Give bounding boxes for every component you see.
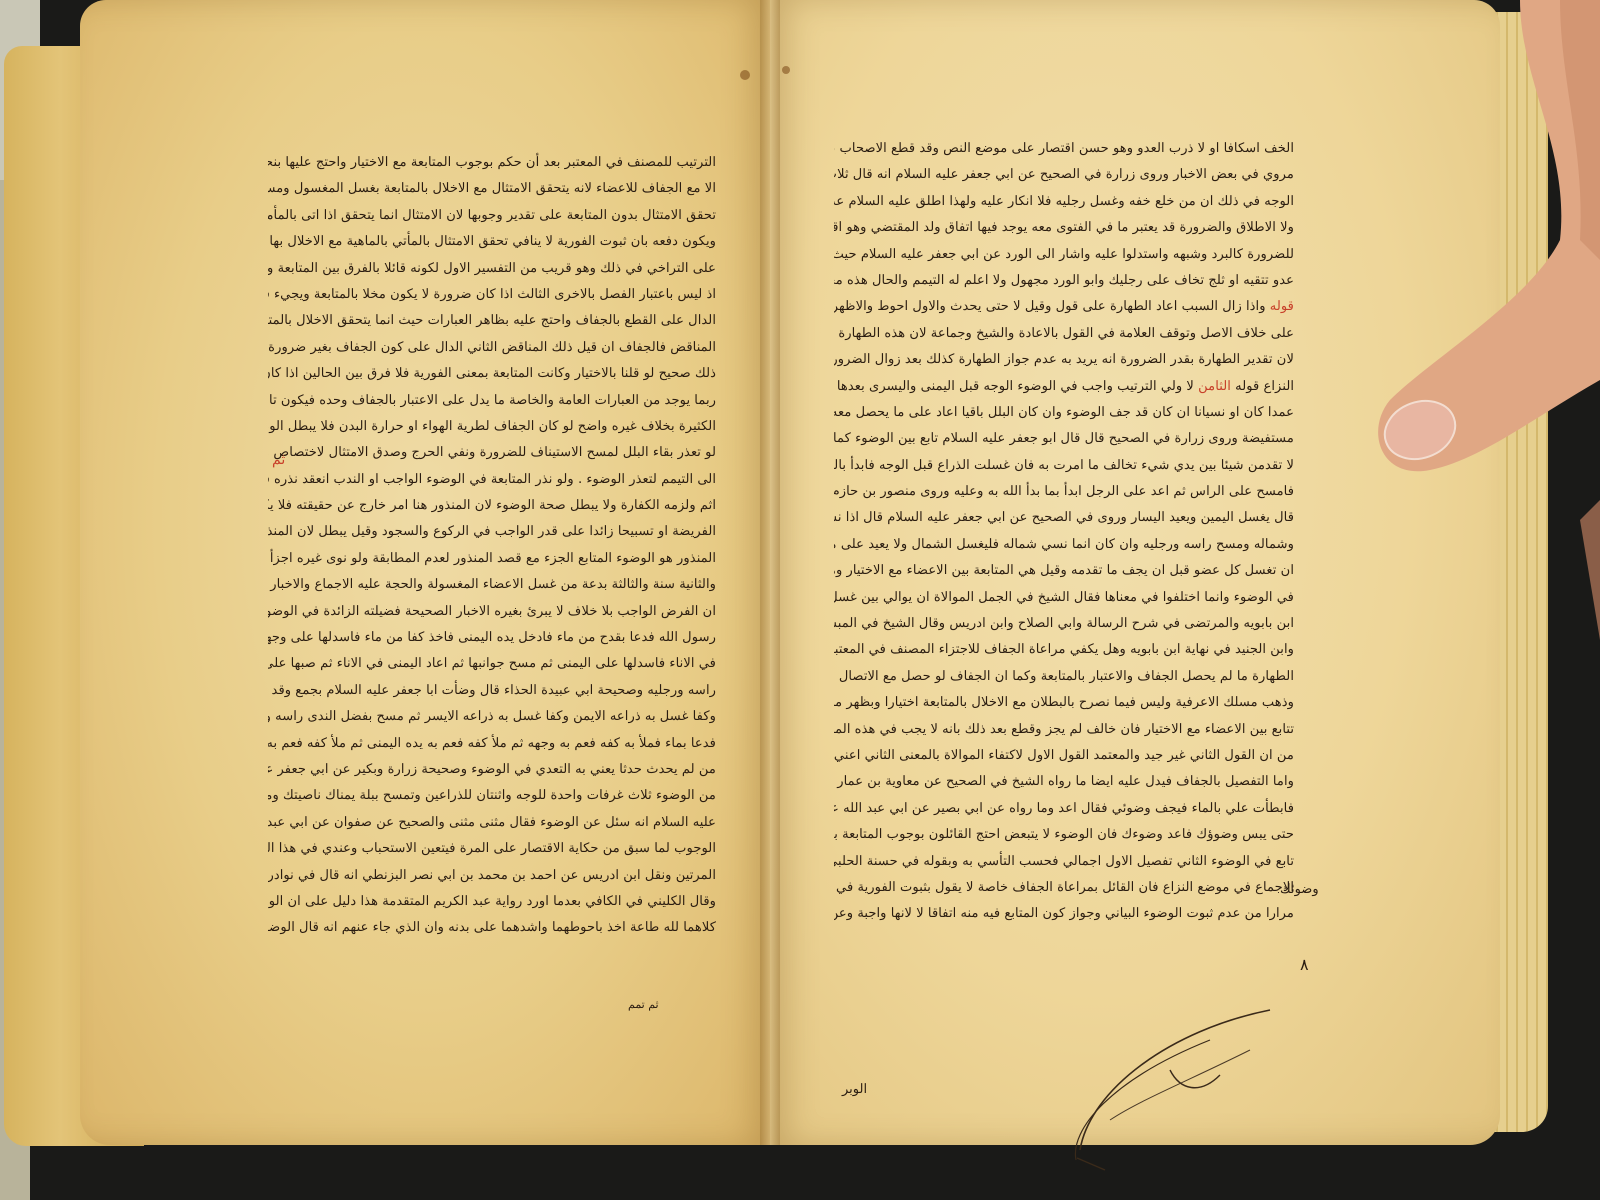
right-page-bottom-note: الوبر	[842, 1082, 867, 1097]
manuscript-line: ان تغسل كل عضو قبل ان يجف ما تقدمه وقيل …	[834, 558, 1294, 584]
manuscript-line: اذ ليس باعتبار الفصل بالاخرى الثالث اذا …	[268, 282, 716, 308]
manuscript-line: الفريضة او تسبيحا زائدا على قدر الواجب ف…	[268, 519, 716, 545]
manuscript-line: كلاهما لله طاعة اخذ باحوطهما واشدهما على…	[268, 915, 716, 941]
manuscript-line: مرارا من عدم ثبوت الوضوء البياني وجواز ك…	[834, 901, 1294, 927]
manuscript-line: راسه ورجليه وصحيحة ابي عبيدة الحذاء قال …	[268, 678, 716, 704]
ink-stain	[740, 70, 750, 80]
manuscript-line: ولا الاطلاق والضرورة قد يعتبر ما في الفت…	[834, 215, 1294, 241]
manuscript-line: لو تعذر بقاء البلل لمسح الاستيناف للضرور…	[268, 440, 716, 466]
manuscript-line: الاجماع في موضع النزاع فان القائل بمراعا…	[834, 875, 1294, 901]
manuscript-line: لا تقدمن شيئا بين يدي شيء تخالف ما امرت …	[834, 453, 1294, 479]
manuscript-line: الطهارة ما لم يحصل الجفاف والاعتبار بالم…	[834, 664, 1294, 690]
manuscript-line: ويكون دفعه بان ثبوت الفورية لا ينافي تحق…	[268, 229, 716, 255]
hand-thumb	[1370, 0, 1600, 640]
left-page-bottom-note: ثم تمم	[628, 998, 659, 1011]
manuscript-line: في الوضوء وانما اختلفوا في معناها فقال ا…	[834, 585, 1294, 611]
rubric-heading: قوله	[1270, 299, 1294, 314]
manuscript-line: المرتين ونقل ابن ادريس عن احمد بن محمد ب…	[268, 863, 716, 889]
left-page-text: الترتيب للمصنف في المعتبر بعد أن حكم بوج…	[268, 150, 716, 942]
manuscript-line: والثانية سنة والثالثة بدعة من غسل الاعضا…	[268, 572, 716, 598]
ink-stain	[782, 66, 790, 74]
manuscript-line: فدعا بماء فملأ به كفه فعم به وجهه ثم ملأ…	[268, 731, 716, 757]
manuscript-line: الا مع الجفاف للاعضاء لانه يتحقق الامتثا…	[268, 176, 716, 202]
manuscript-line: وابن الجنيد في نهاية ابن بابويه وهل يكفي…	[834, 637, 1294, 663]
manuscript-line: المناقض فالجفاف ان قيل ذلك المناقض الثان…	[268, 335, 716, 361]
manuscript-line: من الوضوء ثلاث غرفات واحدة للوجه واثنتان…	[268, 783, 716, 809]
manuscript-line: من لم يحدث حدثا يعني به التعدي في الوضوء…	[268, 757, 716, 783]
right-page-margin-symbol: ٨	[1300, 955, 1309, 974]
manuscript-line: عدو تتقيه او ثلج تخاف على رجليك وابو الو…	[834, 268, 1294, 294]
manuscript-line: عمدا كان او نسيانا ان كان قد جف الوضوء و…	[834, 400, 1294, 426]
manuscript-line: وذهب مسلك الاعرفية وليس فيما نصرح بالبطل…	[834, 690, 1294, 716]
manuscript-line: تتابع بين الاعضاء مع الاختيار فان خالف ل…	[834, 717, 1294, 743]
manuscript-line: الوجه في ذلك ان من خلع خفه وغسل رجليه فل…	[834, 189, 1294, 215]
ink-scribble	[1050, 1000, 1350, 1200]
manuscript-line: رسول الله فدعا بقدح من ماء فادخل يده الي…	[268, 625, 716, 651]
manuscript-line: على التراخي في ذلك وهو قريب من التفسير ا…	[268, 256, 716, 282]
manuscript-line: عليه السلام انه سئل عن الوضوء فقال مثنى …	[268, 810, 716, 836]
manuscript-line: النزاع قوله الثامن لا ولي الترتيب واجب ف…	[834, 374, 1294, 400]
left-rubric-margin-marker: ثم	[272, 452, 285, 468]
manuscript-line: تحقق الامتثال بدون المتابعة على تقدير وج…	[268, 203, 716, 229]
manuscript-line: مستفيضة وروى زرارة في الصحيح قال قال ابو…	[834, 426, 1294, 452]
manuscript-line: الخف اسكافا او لا ذرب العدو وهو حسن اقتص…	[834, 136, 1294, 162]
manuscript-line: على خلاف الاصل وتوقف العلامة في القول با…	[834, 321, 1294, 347]
manuscript-line: قوله واذا زال السبب اعاد الطهارة على قول…	[834, 294, 1294, 320]
manuscript-line: حتى يبس وضوؤك فاعد وضوءك فان الوضوء لا ي…	[834, 822, 1294, 848]
manuscript-line: مروي في بعض الاخبار وروى زرارة في الصحيح…	[834, 162, 1294, 188]
manuscript-line: الكثيرة بخلاف غيره واضح لو كان الجفاف لط…	[268, 414, 716, 440]
rubric-heading: الثامن	[1198, 379, 1231, 394]
manuscript-line: الترتيب للمصنف في المعتبر بعد أن حكم بوج…	[268, 150, 716, 176]
manuscript-line: ربما يوجد من العبارات العامة والخاصة ما …	[268, 388, 716, 414]
manuscript-line: ابن بابويه والمرتضى في شرح الرسالة وابي …	[834, 611, 1294, 637]
manuscript-line: المنذور هو الوضوء المتابع الجزء مع قصد ا…	[268, 546, 716, 572]
manuscript-line: للضرورة كالبرد وشبهه واستدلوا عليه واشار…	[834, 242, 1294, 268]
manuscript-line: الى التيمم لتعذر الوضوء . ولو نذر المتاب…	[268, 467, 716, 493]
manuscript-line: وكفا غسل به ذراعه الايمن وكفا غسل به ذرا…	[268, 704, 716, 730]
manuscript-line: في الاناء فاسدلها على اليمنى ثم مسح جوان…	[268, 651, 716, 677]
right-page-margin-note: وضوئك	[1280, 882, 1319, 897]
manuscript-line: تابع في الوضوء الثاني تفصيل الاول اجمالي…	[834, 849, 1294, 875]
right-page-text: الخف اسكافا او لا ذرب العدو وهو حسن اقتص…	[834, 136, 1294, 928]
manuscript-line: الوجوب لما سبق من حكاية الاقتصار على الم…	[268, 836, 716, 862]
manuscript-line: وقال الكليني في الكافي بعدما اورد رواية …	[268, 889, 716, 915]
manuscript-line: من ان القول الثاني غير جيد والمعتمد القو…	[834, 743, 1294, 769]
manuscript-line: ذلك صحيح لو قلنا بالاختيار وكانت المتابع…	[268, 361, 716, 387]
manuscript-line: وشماله ومسح راسه ورجليه وان كان انما نسي…	[834, 532, 1294, 558]
book-gutter	[760, 0, 780, 1145]
manuscript-line: واما التفصيل بالجفاف فيدل عليه ايضا ما ر…	[834, 769, 1294, 795]
manuscript-line: لان تقدير الطهارة بقدر الضرورة انه يريد …	[834, 347, 1294, 373]
manuscript-line: قال يغسل اليمين ويعيد اليسار وروى في الص…	[834, 505, 1294, 531]
manuscript-line: الدال على القطع بالجفاف واحتج عليه بظاهر…	[268, 308, 716, 334]
manuscript-line: ان الفرض الواجب بلا خلاف لا يبرئ بغيره ا…	[268, 599, 716, 625]
manuscript-line: اثم ولزمه الكفارة ولا يبطل صحة الوضوء لا…	[268, 493, 716, 519]
manuscript-line: فابطأت علي بالماء فيجف وضوئي فقال اعد وم…	[834, 796, 1294, 822]
manuscript-line: فامسح على الراس ثم اعد على الرجل ابدأ بم…	[834, 479, 1294, 505]
